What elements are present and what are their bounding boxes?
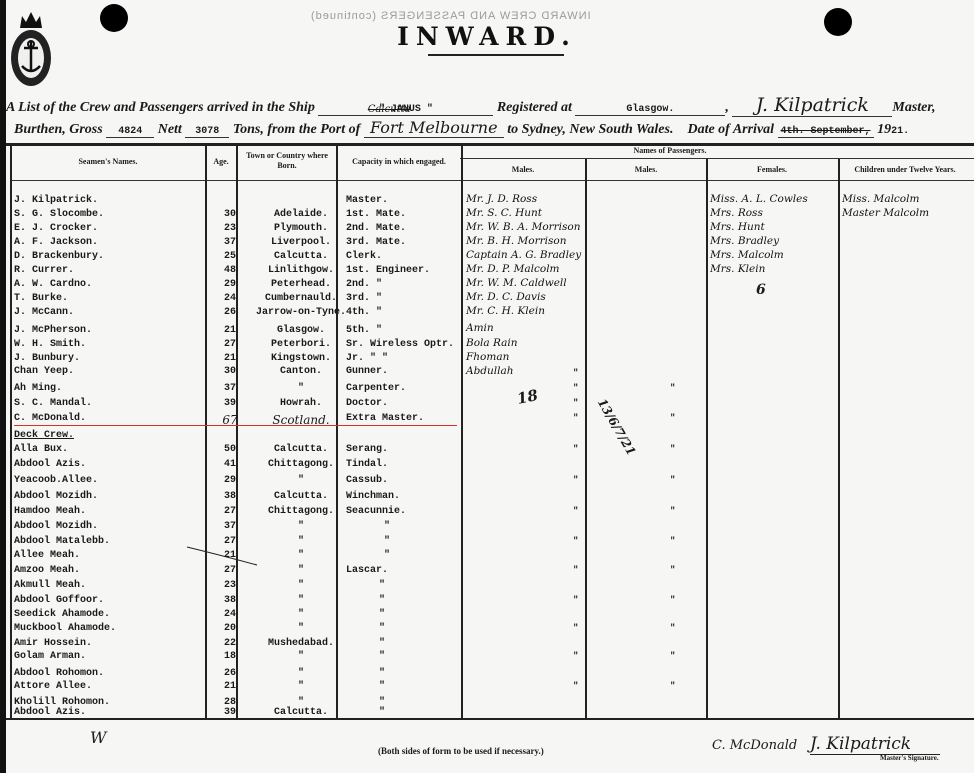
ditto-mark: " [573,383,578,393]
header-males-2: Males. [587,165,705,175]
crew-town: " [254,580,348,591]
crew-name: Abdool Azis. [14,459,86,470]
passenger-child: Master Malcolm [842,207,929,219]
crew-town: Kingstown. [254,353,348,364]
passenger-male: Captain A. G. Bradley [466,249,581,261]
crew-capacity: 3rd. " [346,293,382,304]
col-rule [706,159,708,719]
crew-age: 29 [217,475,243,486]
tons-from-label: Tons, from the Port of [233,122,360,137]
header-town: Town or Country where Born. [240,151,334,171]
crew-name: Abdool Mozidh. [14,521,98,532]
crew-age: 37 [217,383,243,394]
crew-town: Plymouth. [254,223,348,234]
header-passengers: Names of Passengers. [600,146,740,156]
header-age: Age. [207,157,235,167]
crew-age: 41 [217,459,243,470]
passenger-female: Mrs. Hunt [710,221,765,233]
margin-annotation: W [90,728,106,747]
from-port-value: Fort Melbourne [370,118,498,137]
ditto-mark: " [670,651,675,661]
burthen-label: Burthen, Gross [14,122,103,137]
crew-name: S. G. Slocombe. [14,209,104,220]
col-rule [838,159,840,719]
arrival-date-field: 4th. September, [778,126,874,138]
red-underline [14,425,457,426]
passenger-male: Amin [466,322,494,334]
ditto-mark: " [670,536,675,546]
crew-name: Seedick Ahamode. [14,609,110,620]
crew-age: 21 [217,681,243,692]
passenger-male: Mr. S. C. Hunt [466,207,542,219]
crew-town: Adelaide. [254,209,348,220]
bleed-through-text: INWARD CREW AND PASSENGERS (continued) [310,10,591,22]
header-bottom-rule [10,180,460,181]
crew-name: Chan Yeep. [14,366,74,377]
passenger-female: Miss. A. L. Cowles [710,193,808,205]
crew-age: 25 [217,251,243,262]
crew-age: 37 [217,521,243,532]
passenger-male: Fhoman [466,351,509,363]
registered-label: Registered at [497,100,572,115]
crew-name: Hamdoo Meah. [14,506,86,517]
crew-name: J. Bunbury. [14,353,80,364]
passenger-subheader-rule [460,180,974,181]
crew-age: 38 [217,595,243,606]
crew-age: 22 [217,638,243,649]
crew-age: 21 [217,325,243,336]
ditto-mark: " [573,398,578,408]
crew-capacity: Extra Master. [346,413,424,424]
crew-name: T. Burke. [14,293,68,304]
crew-capacity: Serang. [346,444,388,455]
passenger-male: Abdullah [466,365,514,377]
table-bottom-rule [6,718,974,720]
passenger-male: Mr. D. C. Davis [466,291,546,303]
crew-capacity: 3rd. Mate. [346,237,406,248]
deck-crew-label: Deck Crew. [14,430,74,443]
header-males-1: Males. [463,165,583,175]
crew-name: A. W. Cardno. [14,279,92,290]
crew-name: Abdool Matalebb. [14,536,110,547]
header-females: Females. [708,165,836,175]
ditto-mark: " [670,506,675,516]
crew-capacity: Winchman. [346,491,400,502]
signature-kilpatrick: J. Kilpatrick [810,734,940,755]
ditto-mark: " [573,413,578,423]
passenger-male: Mr. D. P. Malcolm [466,263,560,275]
crew-age: 23 [217,223,243,234]
col-rule [461,146,463,719]
crew-capacity: Jr. " " [346,353,388,364]
female-count-annotation: 6 [756,282,766,298]
header-capacity: Capacity in which engaged. [338,157,460,167]
crew-capacity: 1st. Engineer. [346,265,430,276]
crew-age: 26 [217,668,243,679]
crew-name: J. Kilpatrick. [14,195,98,206]
ditto-mark: " [573,595,578,605]
crew-town: " [254,651,348,662]
crew-town: Peterhead. [254,279,348,290]
crew-name: Golam Arman. [14,651,86,662]
crew-age: 48 [217,265,243,276]
ditto-mark: " [573,651,578,661]
ditto-mark: " [573,565,578,575]
crew-name: Alla Bux. [14,444,68,455]
crew-name: Attore Allee. [14,681,92,692]
crew-age: 39 [217,398,243,409]
ditto-mark: " [573,623,578,633]
passenger-male: Bola Rain [466,337,518,349]
ditto-mark: " [573,444,578,454]
crew-age: 30 [217,209,243,220]
registered-port-field: Glasgow. [575,104,725,116]
ditto-mark: " [573,506,578,516]
crew-town: Cumbernauld. [254,293,348,304]
passenger-female: Mrs. Klein [710,263,765,275]
ditto-mark: " [670,413,675,423]
crew-capacity: 1st. Mate. [346,209,406,220]
crew-town: " [254,668,348,679]
header-seamens-names: Seamen's Names. [12,157,204,167]
crew-name: S. C. Mandal. [14,398,92,409]
crew-town: " [254,565,348,576]
crew-age: 18 [217,651,243,662]
crew-town: Canton. [254,366,348,377]
crew-capacity: 4th. " [346,307,382,318]
ditto-mark: " [670,383,675,393]
crew-age: 29 [217,279,243,290]
crew-town: " [254,550,348,561]
crew-town: Howrah. [254,398,348,409]
crew-town: " [254,595,348,606]
crew-town: Chittagong. [254,506,348,517]
crew-capacity: " [379,609,385,620]
crew-capacity: Sr. Wireless Optr. [346,339,454,350]
crew-capacity: " [379,651,385,662]
crew-capacity: Cassub. [346,475,388,486]
crew-town: " [254,383,348,394]
header-children: Children under Twelve Years. [840,165,970,175]
crew-age: 24 [217,293,243,304]
crew-name: J. McPherson. [14,325,92,336]
crew-name: Allee Meah. [14,550,80,561]
crew-town: Jarrow-on-Tyne. [254,307,348,318]
year-prefix: 19 [877,122,891,137]
crew-capacity: Gunner. [346,366,388,377]
crew-town: Calcutta. [254,251,348,262]
crew-name: Amir Hossein. [14,638,92,649]
crew-town: " [254,623,348,634]
crew-town: Mushedabad. [254,638,348,649]
crew-town: Chittagong. [254,459,348,470]
passenger-female: Mrs. Ross [710,207,763,219]
crew-capacity: " [379,668,385,679]
immigration-manifest-page: INWARD CREW AND PASSENGERS (continued) I… [0,0,974,773]
crew-name: Abdool Mozidh. [14,491,98,502]
crew-capacity: " [379,681,385,692]
crew-capacity: " [379,623,385,634]
crew-age: 26 [217,307,243,318]
crew-name: Muckbool Ahamode. [14,623,116,634]
passenger-female: Mrs. Bradley [710,235,779,247]
passenger-male: Mr. C. H. Klein [466,305,545,317]
crew-name: Abdool Goffoor. [14,595,104,606]
crew-capacity: 5th. " [346,325,382,336]
crew-name: D. Brackenbury. [14,251,104,262]
master-signature-field: J. Kilpatrick [732,94,892,117]
crew-town: " [254,609,348,620]
crew-capacity: Lascar. [346,565,388,576]
crew-name: E. J. Crocker. [14,223,98,234]
crew-age: 38 [217,491,243,502]
crew-name: Ah Ming. [14,383,62,394]
crew-name: J. McCann. [14,307,74,318]
crew-town: " [254,536,348,547]
crew-age: 23 [217,580,243,591]
crew-capacity: Clerk. [346,251,382,262]
col-rule [585,159,587,719]
crew-name: Abdool Rohomon. [14,668,104,679]
ditto-mark: " [670,681,675,691]
crew-capacity: " [384,550,390,561]
crew-name: Amzoo Meah. [14,565,80,576]
crew-town: Calcutta. [254,444,348,455]
crew-age: 27 [217,506,243,517]
ditto-mark: " [573,681,578,691]
crew-capacity: " [379,707,385,718]
date-annotation: 13/6/7/21 [595,396,639,458]
nett-tons-field: 3078 [185,126,229,138]
crew-capacity: Carpenter. [346,383,406,394]
col-rule [10,146,12,719]
crew-age: 37 [217,237,243,248]
crew-age: 27 [217,339,243,350]
crew-town: " [254,475,348,486]
from-port-field: Fort Melbourne Calcutta [364,118,504,138]
crew-capacity: Seacunnie. [346,506,406,517]
ditto-mark: " [573,536,578,546]
signature-mcdonald: C. McDonald [712,738,797,753]
col-rule [205,146,207,719]
from-port-struck: Calcutta [368,104,411,115]
crew-town: Linlithgow. [254,265,348,276]
crew-age: 50 [217,444,243,455]
footer-note: (Both sides of form to be used if necess… [378,746,544,756]
crew-town: " [254,681,348,692]
crew-capacity: " [384,521,390,532]
passenger-child: Miss. Malcolm [842,193,919,205]
ditto-mark: " [670,565,675,575]
gross-tons-field: 4824 [106,126,154,138]
passenger-male: Mr. W. B. A. Morrison [466,221,581,233]
crew-capacity: 2nd. Mate. [346,223,406,234]
ditto-mark: " [670,475,675,485]
ditto-mark: " [670,623,675,633]
crew-age: 30 [217,366,243,377]
date-label: Date of Arrival [687,122,774,137]
master-label: Master, [892,100,935,115]
crew-capacity: " [379,638,385,649]
title-rule [428,54,564,56]
page-title: INWARD. [0,22,974,51]
to-label: to [507,122,518,137]
ditto-mark: " [573,475,578,485]
crew-town: Glasgow. [254,325,348,336]
crew-age: 39 [217,707,243,718]
crew-age: 24 [217,609,243,620]
passenger-male: Mr. B. H. Morrison [466,235,566,247]
crew-town: " [254,521,348,532]
to-port-value: Sydney, New South Wales. [522,122,674,137]
pen-stroke [185,545,260,567]
ship-line: A List of the Crew and Passengers arrive… [6,94,936,117]
crew-town: Calcutta. [254,707,348,718]
crew-capacity: Tindal. [346,459,388,470]
crew-capacity: Master. [346,195,388,206]
crew-name: Yeacoob.Allee. [14,475,98,486]
crew-capacity: 2nd. " [346,279,382,290]
crew-capacity: " [379,580,385,591]
count-annotation: 18 [515,386,539,408]
burthen-line: Burthen, Gross 4824 Nett 3078 Tons, from… [14,118,909,138]
crew-name: W. H. Smith. [14,339,86,350]
crew-name: Akmull Meah. [14,580,86,591]
crew-town: Liverpool. [254,237,348,248]
crew-name: R. Currer. [14,265,74,276]
crew-name: Abdool Azis. [14,707,86,718]
crew-capacity: " [384,536,390,547]
passenger-header-rule [460,158,974,159]
year-suffix: 21. [891,126,909,137]
crew-age: 21 [217,353,243,364]
crew-age: 20 [217,623,243,634]
ditto-mark: " [670,595,675,605]
crew-name: A. F. Jackson. [14,237,98,248]
ditto-mark: " [670,444,675,454]
crew-capacity: " [379,595,385,606]
crew-capacity: Doctor. [346,398,388,409]
crew-town: Peterbori. [254,339,348,350]
signature-label: Master's Signature. [880,754,939,762]
passenger-male: Mr. W. M. Caldwell [466,277,567,289]
passenger-male: Mr. J. D. Ross [466,193,537,205]
crew-name: C. McDonald. [14,413,86,424]
nett-label: Nett [158,122,182,137]
ditto-mark: " [573,368,578,378]
passenger-female: Mrs. Malcolm [710,249,784,261]
intro-label: A List of the Crew and Passengers arrive… [6,100,315,115]
table-top-rule [6,143,974,146]
crew-town: Calcutta. [254,491,348,502]
